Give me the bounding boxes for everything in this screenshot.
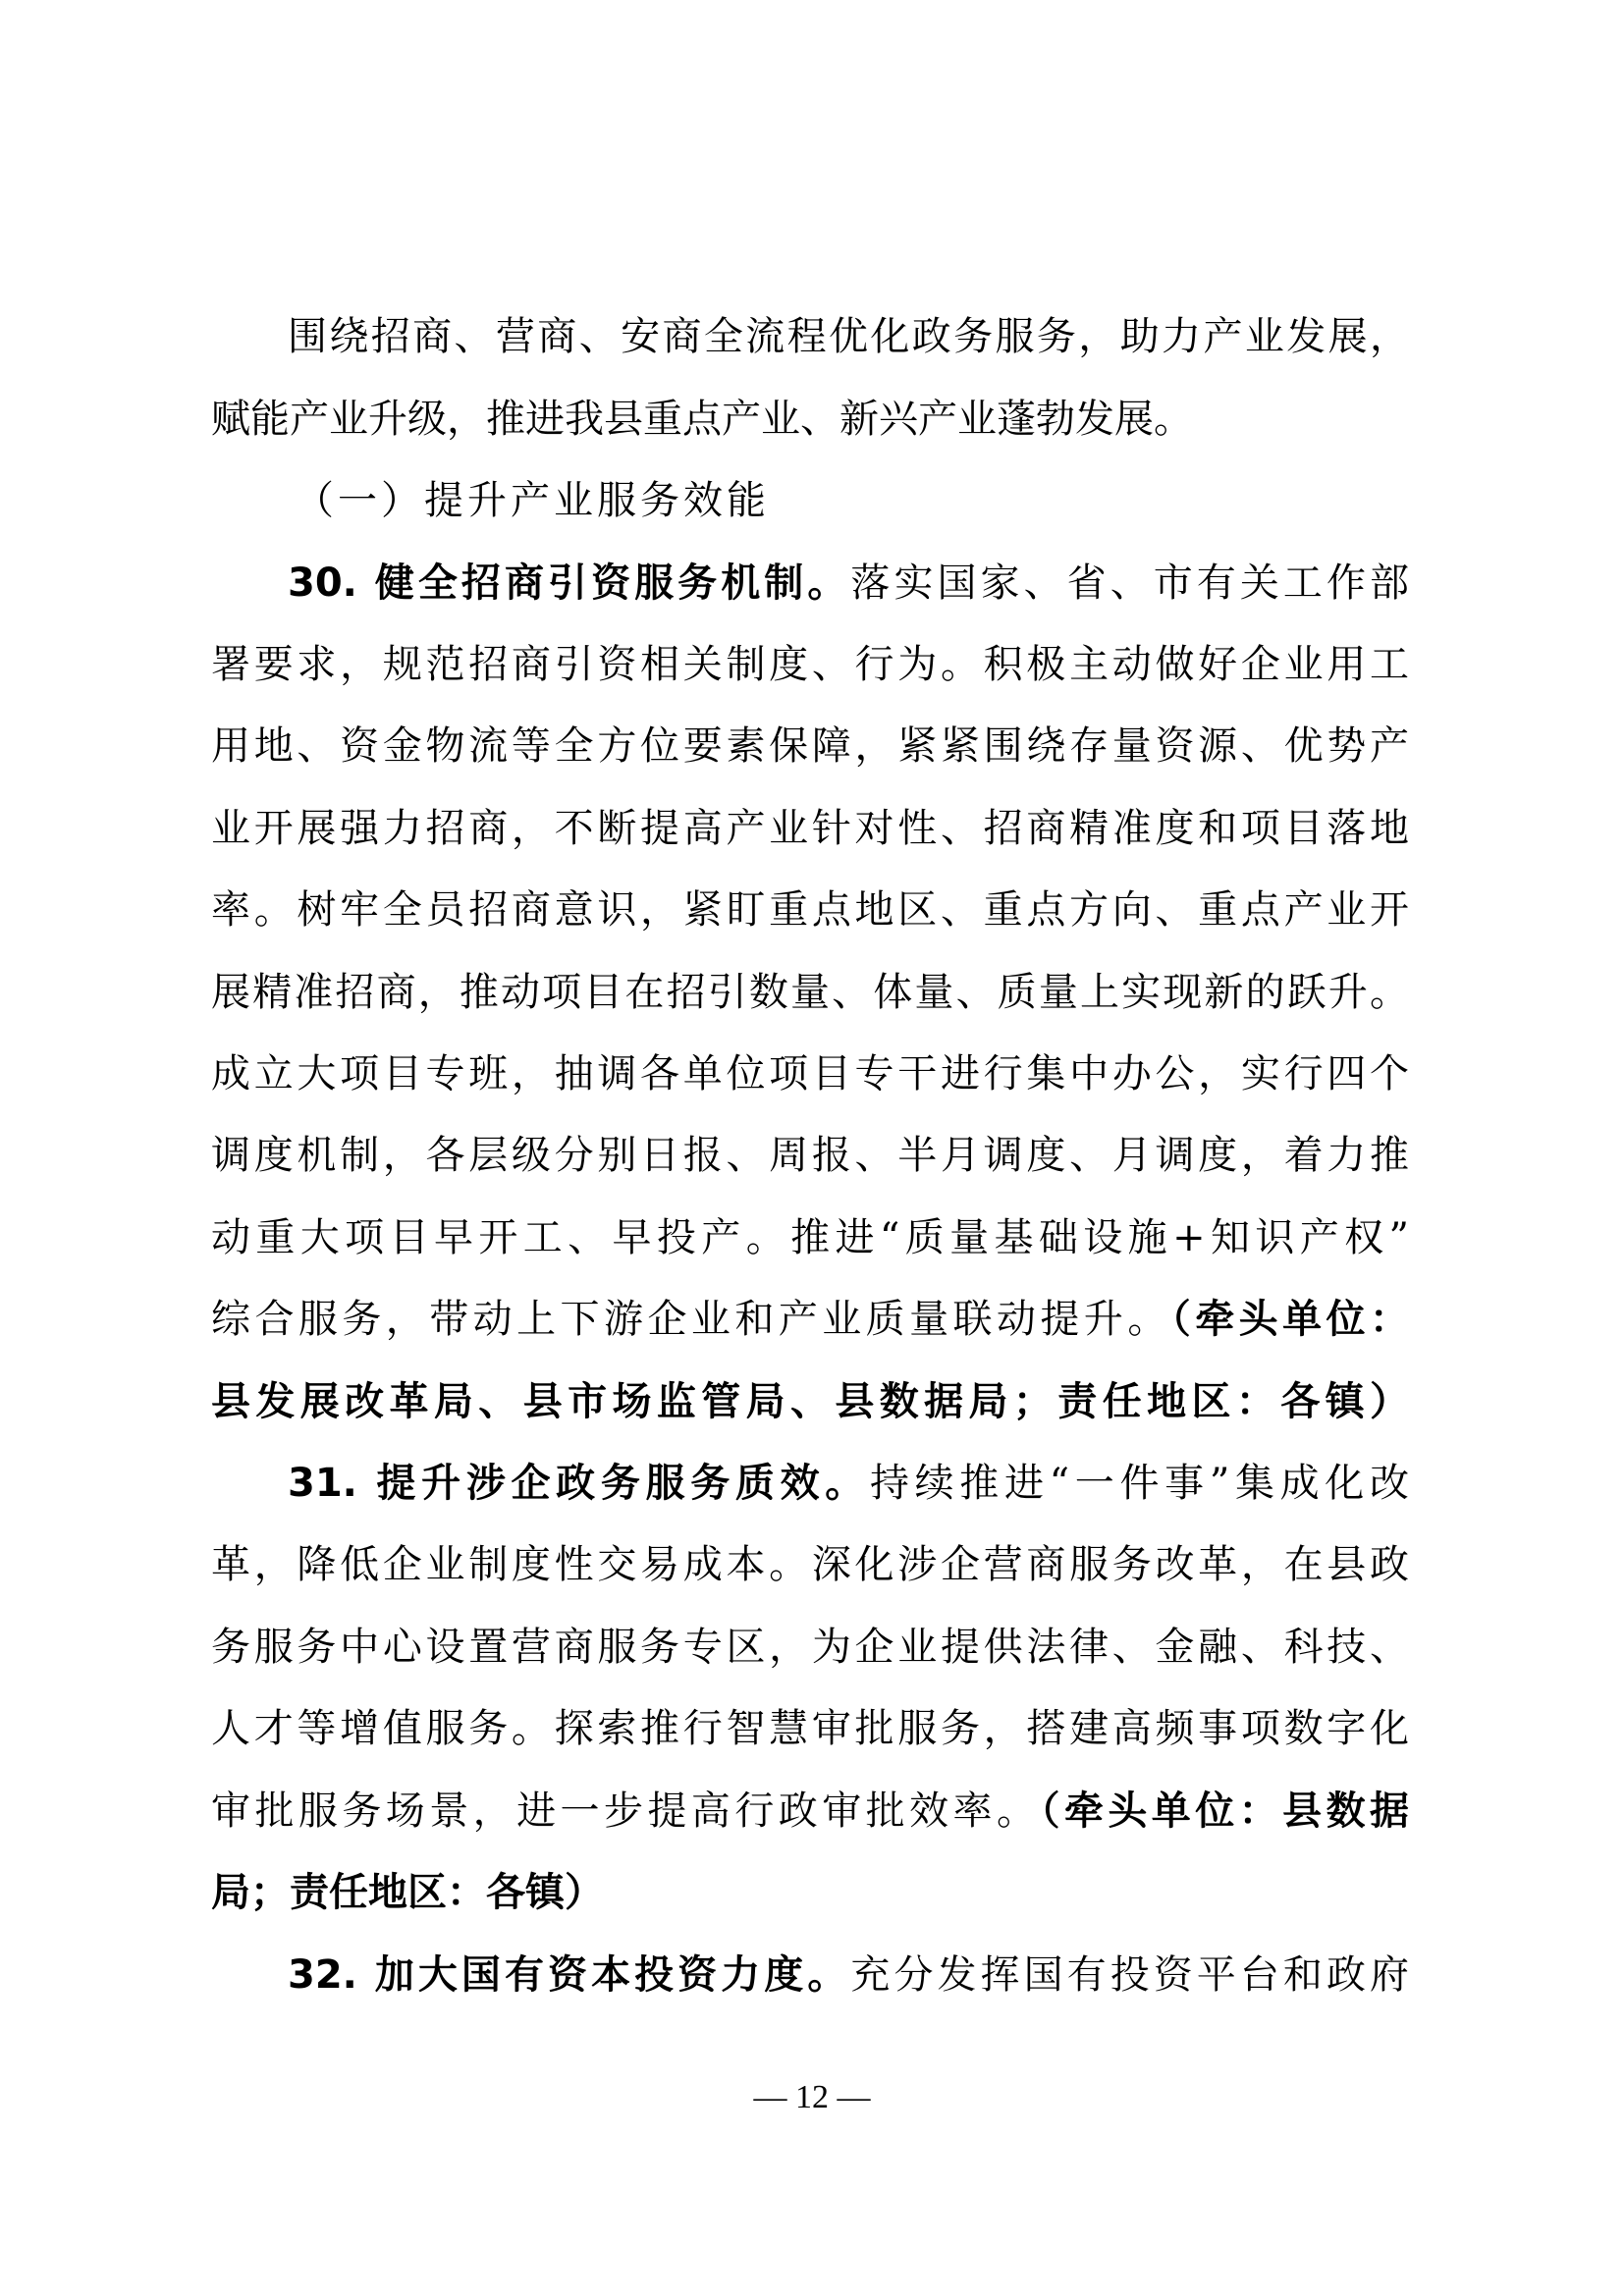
body-text: 业开展强力招商，不断提高产业针对性、招商精准度和项目落地	[211, 806, 1409, 851]
item-30-line-8: 调度机制，各层级分别日报、周报、半月调度、月调度，着力推	[211, 1114, 1409, 1197]
body-text: 审批服务场景，进一步提高行政审批效率。	[211, 1789, 1040, 1834]
body-text: 用地、资金物流等全方位要素保障，紧紧围绕存量资源、优势产	[211, 723, 1409, 769]
body-text: 率。树牢全员招商意识，紧盯重点地区、重点方向、重点产业开	[211, 887, 1409, 933]
body-text: 署要求，规范招商引资相关制度、行为。积极主动做好企业用工	[211, 642, 1409, 687]
body-text: 务服务中心设置营商服务专区，为企业提供法律、金融、科技、	[211, 1625, 1409, 1670]
body-text: 充分发挥国有投资平台和政府	[850, 1952, 1409, 1998]
item-30-line-7: 成立大项目专班，抽调各单位项目专干进行集中办公，实行四个	[211, 1033, 1409, 1115]
item-31-line-1: 31. 提升涉企政务服务质效。持续推进“一件事”集成化改	[288, 1442, 1409, 1524]
item-30-line-4: 业开展强力招商，不断提高产业针对性、招商精准度和项目落地	[211, 787, 1409, 870]
body-text: 围绕招商、营商、安商全流程优化政务服务，助力产业发展，	[288, 314, 1409, 359]
item-31-line-3: 务服务中心设置营商服务专区，为企业提供法律、金融、科技、	[211, 1606, 1409, 1688]
item-31-title: 31. 提升涉企政务服务质效。	[288, 1461, 870, 1506]
lead-unit-label: （牵头单位：	[1171, 1297, 1409, 1342]
item-30-line-2: 署要求，规范招商引资相关制度、行为。积极主动做好企业用工	[211, 623, 1409, 706]
item-30-line-6: 展精准招商，推动项目在招引数量、体量、质量上实现新的跃升。	[211, 951, 1409, 1034]
item-32-line-1: 32. 加大国有资本投资力度。充分发挥国有投资平台和政府	[288, 1934, 1409, 2016]
body-text: 落实国家、省、市有关工作部	[850, 561, 1409, 606]
lead-unit-label: （牵头单位：县数据	[1040, 1789, 1409, 1834]
item-30-line-1: 30. 健全招商引资服务机制。落实国家、省、市有关工作部	[288, 542, 1409, 624]
document-page: 围绕招商、营商、安商全流程优化政务服务，助力产业发展， 赋能产业升级，推进我县重…	[0, 0, 1624, 2296]
body-text: 成立大项目专班，抽调各单位项目专干进行集中办公，实行四个	[211, 1051, 1409, 1096]
page-number: — 12 —	[0, 2073, 1624, 2122]
item-31-line-4: 人才等增值服务。探索推行智慧审批服务，搭建高频事项数字化	[211, 1687, 1409, 1770]
section-heading: （一）提升产业服务效能	[295, 459, 785, 542]
body-text: 动重大项目早开工、早投产。推进“质量基础设施+知识产权”	[211, 1215, 1409, 1260]
body-text: 展精准招商，推动项目在招引数量、体量、质量上实现新的跃升。	[211, 970, 1409, 1015]
body-text: 调度机制，各层级分别日报、周报、半月调度、月调度，着力推	[211, 1133, 1409, 1178]
body-text: 赋能产业升级，推进我县重点产业、新兴产业蓬勃发展。	[211, 397, 1193, 442]
item-32-title: 32. 加大国有资本投资力度。	[288, 1952, 850, 1998]
item-30-line-3: 用地、资金物流等全方位要素保障，紧紧围绕存量资源、优势产	[211, 705, 1409, 787]
item-31-line-5: 审批服务场景，进一步提高行政审批效率。（牵头单位：县数据	[211, 1770, 1409, 1852]
body-text: 人才等增值服务。探索推行智慧审批服务，搭建高频事项数字化	[211, 1706, 1409, 1751]
paragraph-intro-line-2: 赋能产业升级，推进我县重点产业、新兴产业蓬勃发展。	[211, 378, 1409, 460]
item-31-line-2: 革，降低企业制度性交易成本。深化涉企营商服务改革，在县政	[211, 1523, 1409, 1606]
paragraph-intro-line-1: 围绕招商、营商、安商全流程优化政务服务，助力产业发展，	[288, 295, 1409, 378]
item-31-line-6: 局；责任地区：各镇）	[211, 1851, 1409, 1934]
item-30-title: 30. 健全招商引资服务机制。	[288, 561, 850, 606]
responsible-units: 县发展改革局、县市场监管局、县数据局；责任地区：各镇）	[211, 1379, 1409, 1424]
item-30-line-10: 综合服务，带动上下游企业和产业质量联动提升。（牵头单位：	[211, 1278, 1409, 1361]
body-text: 持续推进“一件事”集成化改	[870, 1461, 1409, 1506]
item-30-line-11: 县发展改革局、县市场监管局、县数据局；责任地区：各镇）	[211, 1361, 1409, 1443]
responsible-units: 局；责任地区：各镇）	[211, 1870, 604, 1915]
item-30-line-9: 动重大项目早开工、早投产。推进“质量基础设施+知识产权”	[211, 1197, 1409, 1279]
item-30-line-5: 率。树牢全员招商意识，紧盯重点地区、重点方向、重点产业开	[211, 869, 1409, 951]
body-text: 革，降低企业制度性交易成本。深化涉企营商服务改革，在县政	[211, 1542, 1409, 1587]
body-text: 综合服务，带动上下游企业和产业质量联动提升。	[211, 1297, 1171, 1342]
section-heading-text: （一）提升产业服务效能	[295, 478, 770, 523]
